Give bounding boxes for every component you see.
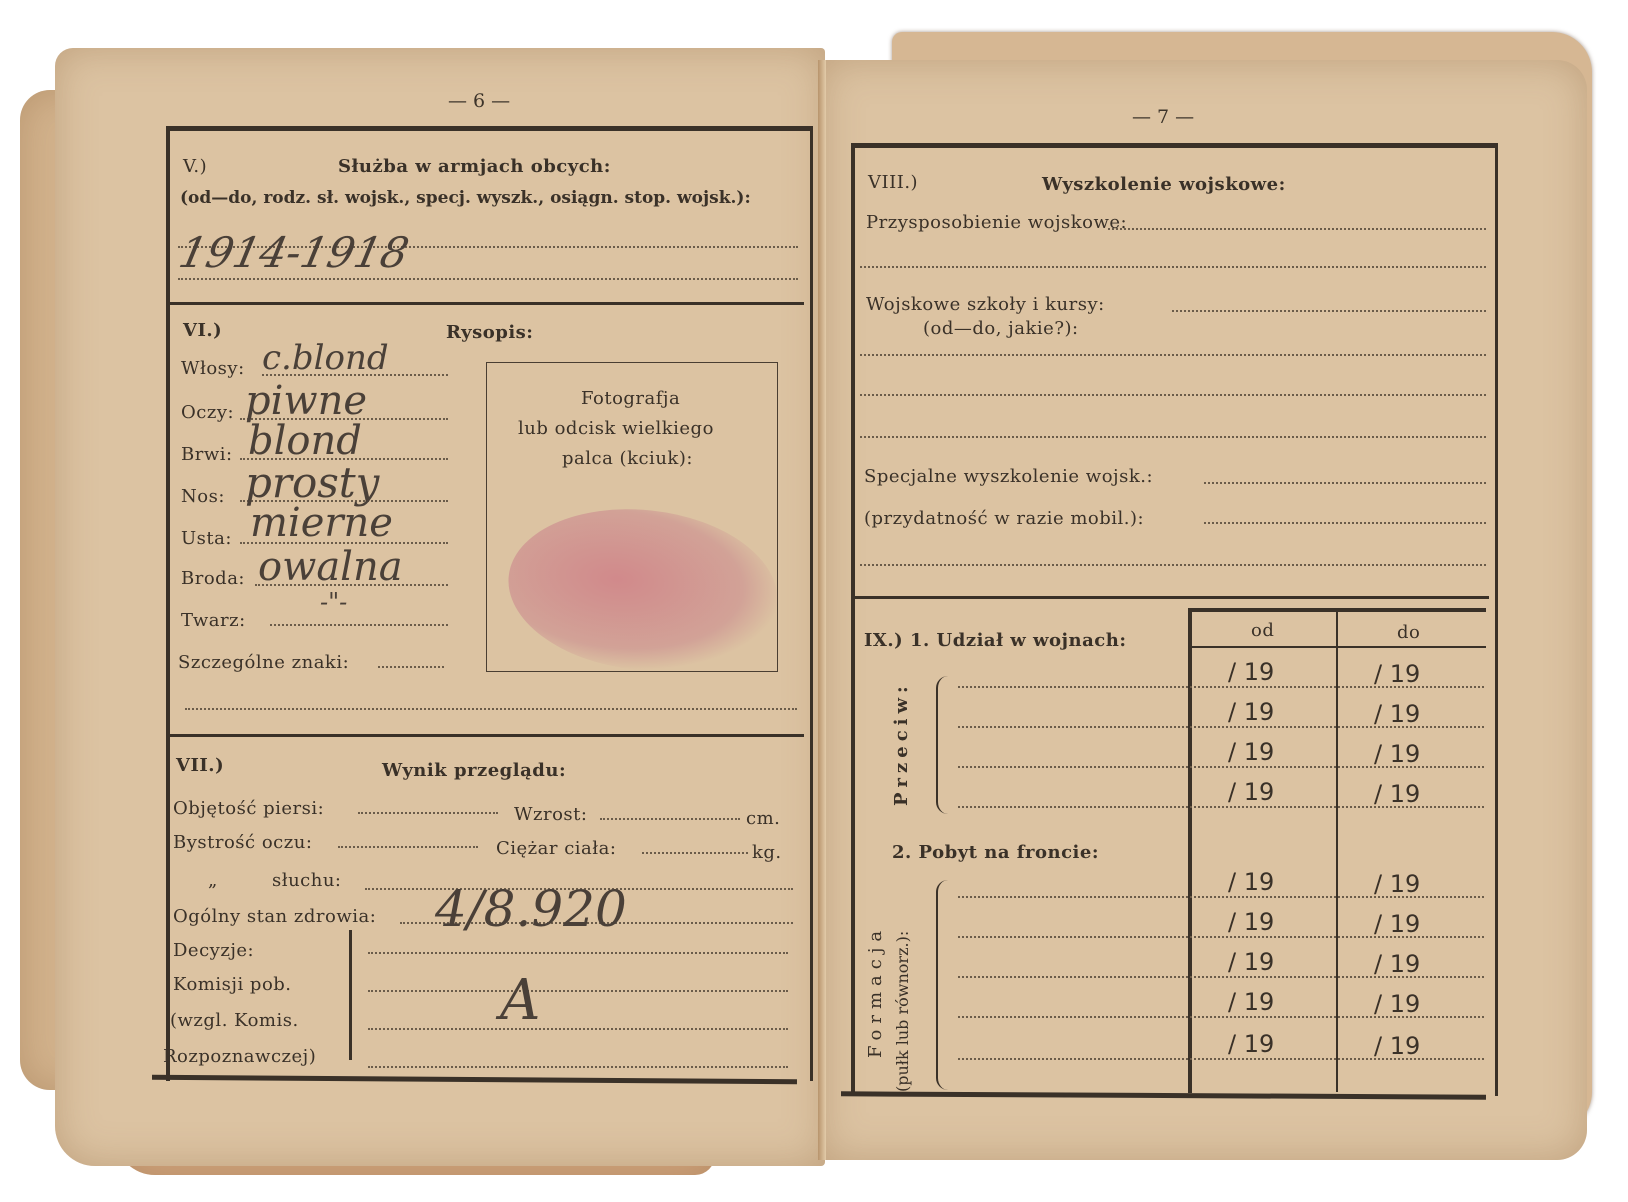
weight-unit: kg. bbox=[752, 842, 782, 863]
front-row-3-to: / 19 bbox=[1374, 950, 1420, 978]
schools-line-2 bbox=[860, 354, 1486, 356]
front-row-4-to: / 19 bbox=[1374, 990, 1420, 1018]
date-table-top-rule bbox=[1192, 608, 1486, 612]
height-label: Wzrost: bbox=[514, 804, 587, 825]
nose-label: Nos: bbox=[181, 486, 225, 507]
health-label: Ogólny stan zdrowia: bbox=[173, 906, 376, 927]
decision-category-value: A bbox=[500, 968, 540, 1033]
section-v-subtitle: (od—do, rodz. sł. wojsk., specj. wyszk.,… bbox=[180, 188, 751, 208]
schools-line-1 bbox=[1172, 310, 1486, 312]
front-row-5-from: / 19 bbox=[1228, 1030, 1274, 1058]
war-row-2-from: / 19 bbox=[1228, 698, 1274, 726]
war-row-3-to: / 19 bbox=[1374, 740, 1420, 768]
section-viii-divider bbox=[855, 596, 1489, 599]
hearing-label: słuchu: bbox=[272, 870, 342, 891]
decision-brace bbox=[345, 930, 352, 1060]
date-table-header-rule bbox=[1192, 646, 1486, 648]
special-training-label: Specjalne wyszkolenie wojsk.: bbox=[864, 466, 1153, 487]
decision-line-2 bbox=[368, 990, 788, 992]
eyesight-line bbox=[338, 846, 478, 848]
decision-label-1: Decyzje: bbox=[173, 940, 254, 961]
front-row-4-from: / 19 bbox=[1228, 988, 1274, 1016]
formation-vertical-label: Formacja bbox=[865, 925, 886, 1058]
prep-line-1 bbox=[1108, 228, 1486, 230]
against-vertical-label: Przeciw: bbox=[891, 681, 912, 806]
face-label: Twarz: bbox=[181, 610, 246, 631]
mouth-label: Usta: bbox=[181, 528, 232, 549]
decision-line-4 bbox=[368, 1066, 788, 1068]
war-row-4-to: / 19 bbox=[1374, 780, 1420, 808]
column-to-header: do bbox=[1397, 622, 1420, 643]
formation-sub-vertical-label: (pułk lub równorz.): bbox=[893, 931, 912, 1092]
schools-label: Wojskowe szkoły i kursy: bbox=[866, 294, 1105, 315]
section-viii-number: VIII.) bbox=[868, 172, 918, 193]
chest-label: Objętość piersi: bbox=[173, 798, 324, 819]
prep-line-2 bbox=[860, 266, 1486, 268]
column-from-header: od bbox=[1251, 620, 1274, 641]
prep-label: Przysposobienie wojskowe: bbox=[866, 212, 1127, 233]
section-vii-number: VII.) bbox=[176, 755, 224, 776]
chest-line bbox=[358, 812, 498, 814]
photo-box-line-2: lub odcisk wielkiego bbox=[518, 418, 714, 439]
page-number-right: — 7 — bbox=[1132, 106, 1194, 128]
weight-line bbox=[642, 852, 748, 854]
booklet-spine bbox=[818, 60, 826, 1160]
height-line bbox=[600, 818, 740, 820]
special-marks-line bbox=[378, 666, 444, 668]
section-vi-title: Rysopis: bbox=[446, 322, 533, 343]
special-training-sub-line bbox=[1204, 522, 1486, 524]
decision-label-4: Rozpoznawczej) bbox=[163, 1046, 316, 1067]
eyes-label: Oczy: bbox=[181, 402, 234, 423]
mouth-value: mierne bbox=[250, 500, 393, 546]
section-v-divider bbox=[170, 302, 804, 305]
brows-label: Brwi: bbox=[181, 444, 233, 465]
health-date-value: 4/8.920 bbox=[435, 880, 627, 938]
chin-label: Broda: bbox=[181, 568, 245, 589]
against-brace bbox=[936, 676, 948, 814]
photo-box-line-3: palca (kciuk): bbox=[562, 448, 693, 469]
decision-label-2: Komisji pob. bbox=[173, 974, 292, 995]
chin-value: owalna bbox=[258, 544, 403, 590]
schools-line-3 bbox=[860, 394, 1486, 396]
war-participation-label: 1. Udział w wojnach: bbox=[910, 630, 1126, 651]
section-vi-number: VI.) bbox=[183, 320, 222, 341]
section-vii-title: Wynik przeglądu: bbox=[382, 760, 566, 781]
section-viii-title: Wyszkolenie wojskowe: bbox=[1042, 174, 1286, 195]
weight-label: Ciężar ciała: bbox=[496, 838, 616, 859]
face-value: -"- bbox=[320, 588, 347, 616]
page-number-left: — 6 — bbox=[448, 90, 510, 112]
section-v-number: V.) bbox=[183, 156, 207, 177]
section-vi-divider bbox=[170, 734, 804, 737]
special-training-line-2 bbox=[860, 564, 1486, 566]
section-v-title: Służba w armjach obcych: bbox=[338, 156, 611, 177]
decision-line-1 bbox=[368, 952, 788, 954]
decision-line-3 bbox=[368, 1028, 788, 1030]
date-table-middle-divider bbox=[1336, 612, 1338, 1092]
face-line bbox=[270, 624, 448, 626]
war-row-3-from: / 19 bbox=[1228, 738, 1274, 766]
front-row-2-from: / 19 bbox=[1228, 908, 1274, 936]
special-training-line bbox=[1204, 482, 1486, 484]
front-stay-label: 2. Pobyt na froncie: bbox=[892, 842, 1099, 863]
section-v-line-2 bbox=[178, 278, 798, 280]
section-ix-number: IX.) bbox=[864, 630, 903, 651]
war-row-4-from: / 19 bbox=[1228, 778, 1274, 806]
front-row-1-from: / 19 bbox=[1228, 868, 1274, 896]
date-table-left-border bbox=[1188, 608, 1192, 1093]
war-row-1-to: / 19 bbox=[1374, 660, 1420, 688]
special-marks-label: Szczególne znaki: bbox=[178, 652, 349, 673]
schools-line-4 bbox=[860, 436, 1486, 438]
height-unit: cm. bbox=[746, 808, 780, 829]
foreign-service-years: 1914-1918 bbox=[175, 228, 413, 277]
decision-label-3: (wzgl. Komis. bbox=[170, 1010, 299, 1031]
schools-sub-label: (od—do, jakie?): bbox=[923, 318, 1079, 339]
war-row-1-from: / 19 bbox=[1228, 658, 1274, 686]
eyesight-label: Bystrość oczu: bbox=[173, 832, 312, 853]
front-row-5-to: / 19 bbox=[1374, 1032, 1420, 1060]
front-row-1-to: / 19 bbox=[1374, 870, 1420, 898]
hearing-ditto: „ bbox=[208, 870, 218, 891]
special-training-sub: (przydatność w razie mobil.): bbox=[864, 508, 1144, 529]
special-marks-line-2 bbox=[185, 708, 797, 710]
front-row-3-from: / 19 bbox=[1228, 948, 1274, 976]
formation-brace bbox=[936, 880, 948, 1090]
photo-box-line-1: Fotografja bbox=[581, 388, 680, 409]
hair-value: c.blond bbox=[262, 338, 389, 378]
front-row-2-to: / 19 bbox=[1374, 910, 1420, 938]
war-row-2-to: / 19 bbox=[1374, 700, 1420, 728]
hair-label: Włosy: bbox=[181, 358, 245, 379]
